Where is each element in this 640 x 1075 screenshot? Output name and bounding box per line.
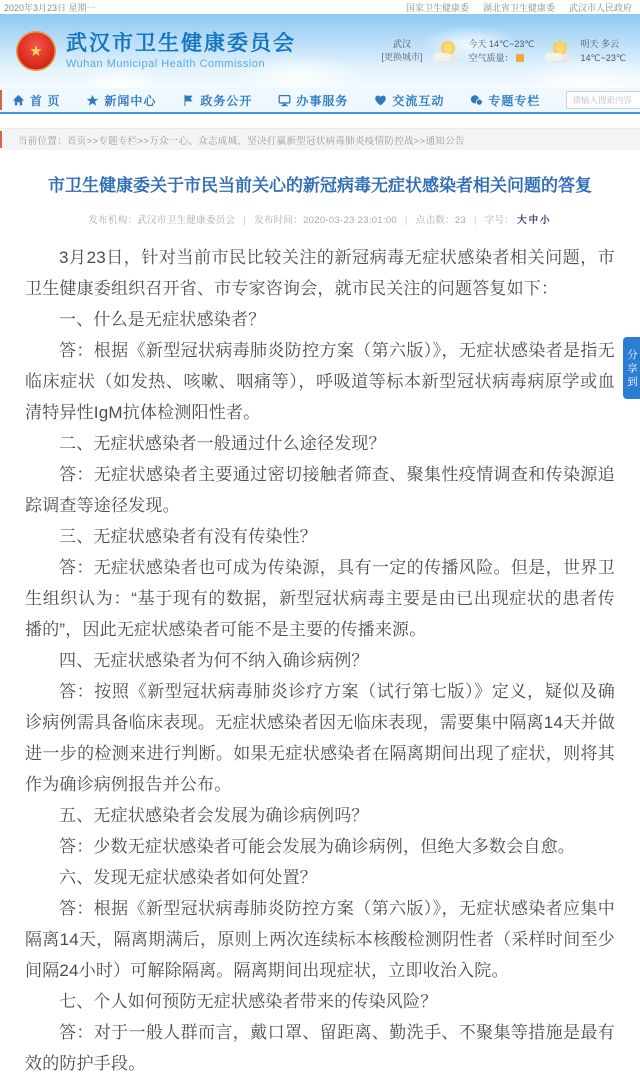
left-edge-marker bbox=[0, 131, 2, 148]
top-utility-bar: 2020年3月23日 星期一 国家卫生健康委 湖北省卫生健康委 武汉市人民政府 bbox=[0, 0, 640, 14]
nav-item-label: 办事服务 bbox=[296, 92, 348, 109]
air-quality-label: 空气质量： bbox=[469, 53, 514, 63]
answer-1: 答：根据《新型冠状病毒肺炎防控方案（第六版）》，无症状感染者是指无临床症状（如发… bbox=[25, 335, 615, 428]
question-3: 三、无症状感染者有没有传染性？ bbox=[25, 521, 615, 552]
question-7: 七、个人如何预防无症状感染者带来的传染风险？ bbox=[25, 986, 615, 1017]
meta-separator: | bbox=[474, 215, 477, 226]
answer-4: 答：按照《新型冠状病毒肺炎诊疗方案（试行第七版）》定义，疑似及确诊病例需具备临床… bbox=[25, 676, 615, 800]
answer-5: 答：少数无症状感染者可能会发展为确诊病例，但绝大多数会自愈。 bbox=[25, 831, 615, 862]
search-box bbox=[566, 90, 640, 110]
nav-item-interaction[interactable]: 交流互动 bbox=[374, 92, 444, 109]
paragraph-intro: 3月23日，针对当前市民比较关注的新冠病毒无症状感染者相关问题，市卫生健康委组织… bbox=[25, 242, 615, 304]
sun-cloud-icon bbox=[545, 40, 571, 62]
article-title: 市卫生健康委关于市民当前关心的新冠病毒无症状感染者相关问题的答复 bbox=[25, 174, 615, 199]
link-national-health-commission[interactable]: 国家卫生健康委 bbox=[406, 1, 469, 14]
nav-item-services[interactable]: 办事服务 bbox=[278, 92, 348, 109]
gov-links: 国家卫生健康委 湖北省卫生健康委 武汉市人民政府 bbox=[406, 1, 632, 14]
breadcrumb[interactable]: 当前位置：首页>>专题专栏>>万众一心、众志成城、坚决打赢新型冠状病毒肺炎疫情防… bbox=[0, 128, 640, 150]
current-date: 2020年3月23日 星期一 bbox=[4, 1, 96, 14]
question-4: 四、无症状感染者为何不纳入确诊病例？ bbox=[25, 645, 615, 676]
answer-2: 答：无症状感染者主要通过密切接触者筛查、聚集性疫情调查和传染源追踪调查等途径发现… bbox=[25, 459, 615, 521]
question-2: 二、无症状感染者一般通过什么途径发现？ bbox=[25, 428, 615, 459]
nav-item-gov-affairs[interactable]: 政务公开 bbox=[182, 92, 252, 109]
answer-6: 答：根据《新型冠状病毒肺炎防控方案（第六版）》，无症状感染者应集中隔离14天，隔… bbox=[25, 893, 615, 986]
nav-item-label: 新闻中心 bbox=[104, 92, 156, 109]
weather-tomorrow-temp: 14℃~23℃ bbox=[581, 51, 627, 65]
nav-item-label: 政务公开 bbox=[200, 92, 252, 109]
answer-3: 答：无症状感染者也可成为传染源，具有一定的传播风险。但是，世界卫生组织认为：“基… bbox=[25, 552, 615, 645]
search-input[interactable] bbox=[566, 91, 640, 109]
national-emblem-logo: ★ bbox=[16, 31, 56, 71]
chat-icon bbox=[470, 94, 483, 107]
answer-7: 答：对于一般人群而言，戴口罩、留距离、勤洗手、不聚集等措施是最有效的防护手段。 bbox=[25, 1017, 615, 1075]
breadcrumb-text: 当前位置：首页>>专题专栏>>万众一心、众志成城、坚决打赢新型冠状病毒肺炎疫情防… bbox=[18, 133, 465, 147]
weather-today: 今天 14℃~23℃ bbox=[469, 37, 535, 51]
nav-item-special-topics[interactable]: 专题专栏 bbox=[470, 92, 540, 109]
article-meta: 发布机构：武汉市卫生健康委员会 | 发布时间：2020-03-23 23:01:… bbox=[25, 212, 615, 226]
flag-icon bbox=[182, 94, 195, 107]
meta-source: 发布机构：武汉市卫生健康委员会 bbox=[88, 215, 235, 226]
meta-separator: | bbox=[243, 215, 246, 226]
heart-icon bbox=[374, 94, 387, 107]
nav-item-label: 交流互动 bbox=[392, 92, 444, 109]
emblem-star-icon: ★ bbox=[29, 44, 42, 59]
question-1: 一、什么是无症状感染者？ bbox=[25, 304, 615, 335]
nav-item-home[interactable]: 首 页 bbox=[12, 92, 60, 109]
change-city-link[interactable]: [更换城市] bbox=[381, 51, 422, 65]
star-icon bbox=[86, 94, 99, 107]
site-title-block: 武汉市卫生健康委员会 Wuhan Municipal Health Commis… bbox=[66, 32, 296, 69]
left-edge-marker bbox=[0, 90, 2, 110]
nav-item-label: 首 页 bbox=[30, 92, 60, 109]
question-5: 五、无症状感染者会发展为确诊病例吗？ bbox=[25, 800, 615, 831]
share-tab[interactable]: 分享到 bbox=[623, 337, 640, 399]
home-icon bbox=[12, 94, 25, 107]
weather-widget: 武汉 [更换城市] 今天 14℃~23℃ 空气质量： 明天 多云 14℃~23℃ bbox=[381, 37, 630, 66]
site-header-banner: ★ 武汉市卫生健康委员会 Wuhan Municipal Health Comm… bbox=[0, 14, 640, 88]
sun-cloud-icon bbox=[433, 40, 459, 62]
site-title: 武汉市卫生健康委员会 bbox=[66, 32, 296, 55]
weather-tomorrow: 明天 多云 bbox=[581, 37, 627, 51]
site-title-english: Wuhan Municipal Health Commission bbox=[66, 58, 296, 70]
question-6: 六、发现无症状感染者如何处置？ bbox=[25, 862, 615, 893]
article: 市卫生健康委关于市民当前关心的新冠病毒无症状感染者相关问题的答复 发布机构：武汉… bbox=[0, 174, 640, 1075]
link-hubei-health-commission[interactable]: 湖北省卫生健康委 bbox=[483, 1, 555, 14]
font-size-switcher[interactable]: 大中小 bbox=[517, 215, 552, 226]
weather-city: 武汉 bbox=[381, 38, 422, 52]
meta-fontsize-label: 字号： bbox=[485, 215, 514, 226]
article-body: 3月23日，针对当前市民比较关注的新冠病毒无症状感染者相关问题，市卫生健康委组织… bbox=[25, 242, 615, 1075]
nav-item-label: 专题专栏 bbox=[488, 92, 540, 109]
main-nav: 首 页 新闻中心 政务公开 办事服务 交流互动 专题专栏 bbox=[0, 88, 640, 114]
monitor-icon bbox=[278, 94, 291, 107]
meta-hit-count: 点击数：23 bbox=[416, 215, 466, 226]
link-wuhan-government[interactable]: 武汉市人民政府 bbox=[569, 1, 632, 14]
meta-publish-time: 发布时间：2020-03-23 23:01:00 bbox=[254, 215, 397, 226]
meta-separator: | bbox=[405, 215, 408, 226]
spacer bbox=[0, 114, 640, 128]
nav-item-news[interactable]: 新闻中心 bbox=[86, 92, 156, 109]
air-quality-badge bbox=[516, 54, 524, 62]
